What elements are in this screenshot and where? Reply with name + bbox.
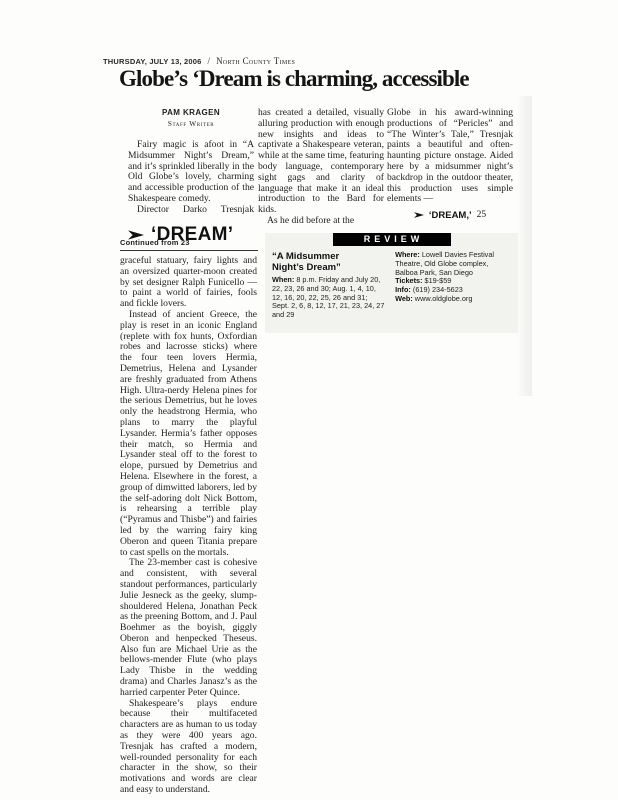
body-paragraph: The 23-member cast is cohesive and consi… [120,558,257,698]
byline: PAM KRAGEN Staff Writer [128,108,254,128]
review-show-title-line1: “A Midsummer [272,251,385,262]
review-when: When: 8 p.m. Friday and July 20, 22, 23,… [272,276,385,320]
review-tickets-value: $19-$59 [425,276,452,285]
review-where-label: Where: [395,250,422,259]
body-paragraph: Shakespeare’s plays endure because their… [120,699,257,796]
review-info-label: Info: [395,285,413,294]
review-box-columns: “A Midsummer Night’s Dream” When: 8 p.m.… [265,246,518,320]
review-web-label: Web: [395,294,415,303]
byline-author: PAM KRAGEN [128,108,254,117]
review-fact-box: REVIEW “A Midsummer Night’s Dream” When:… [265,233,518,333]
review-where: Where: Lowell Davies Festival Theatre, O… [395,251,511,277]
review-box-header: REVIEW [333,233,451,246]
masthead-date: THURSDAY, JULY 13, 2006 [103,57,202,66]
jump-arrow-icon [414,206,424,224]
article-body-column: graceful statuary, fairy lights and an o… [120,256,257,796]
article-headline: Globe’s ‘Dream is charming, accessible [119,66,519,92]
review-show-title: “A Midsummer Night’s Dream” [272,251,385,273]
intro-paragraph: As he did before at the [258,216,384,227]
intro-column-1: PAM KRAGEN Staff Writer Fairy magic is a… [128,108,254,246]
intro-column-2: has created a detailed, visually allurin… [258,108,384,227]
byline-role: Staff Writer [128,119,254,128]
jump-to-line: ‘DREAM,’ 25 [387,206,513,224]
masthead-paper-name: North County Times [216,56,295,66]
body-paragraph: graceful statuary, fairy lights and an o… [120,256,257,310]
review-box-right-column: Where: Lowell Davies Festival Theatre, O… [395,251,511,320]
review-info-value: (619) 234-5623 [413,285,463,294]
intro-paragraph: Globe in his award-winning productions o… [387,108,513,205]
review-web: Web: www.oldglobe.org [395,295,511,304]
masthead-separator: / [206,56,213,66]
director-line: Director Darko Tresnjak [128,205,254,216]
intro-paragraph: has created a detailed, visually allurin… [258,108,384,216]
continued-from-slug: Continued from 23 [120,238,258,251]
jump-to-label: ‘DREAM,’ [429,210,472,221]
lead-paragraphs: Fairy magic is afoot in “A Midsummer Nig… [128,140,254,216]
intro-column-3: Globe in his award-winning productions o… [387,108,513,205]
body-paragraph: Instead of ancient Greece, the play is r… [120,310,257,558]
review-box-left-column: “A Midsummer Night’s Dream” When: 8 p.m.… [272,251,385,320]
review-tickets-label: Tickets: [395,276,424,285]
newspaper-scan-page: THURSDAY, JULY 13, 2006 / North County T… [0,0,618,800]
review-web-value: www.oldglobe.org [415,294,473,303]
review-when-label: When: [272,275,296,284]
jump-to-page-number: 25 [477,210,487,220]
scan-edge-shadow [516,96,532,396]
review-show-title-line2: Night’s Dream” [272,262,385,273]
lead-paragraph: Fairy magic is afoot in “A Midsummer Nig… [128,140,254,205]
